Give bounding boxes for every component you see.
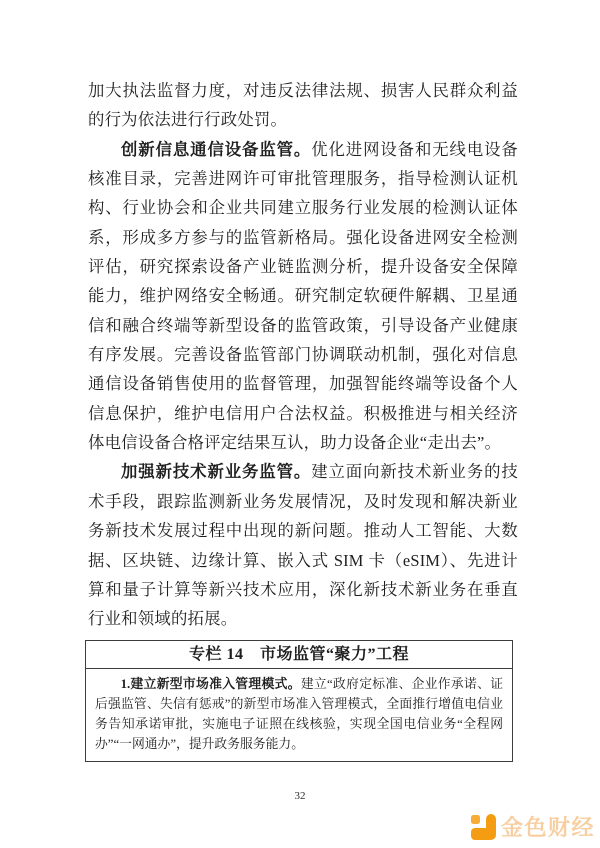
document-page: 加大执法监督力度，对违反法律法规、损害人民群众利益的行为依法进行行政处罚。创新信… [0,0,600,848]
document-body: 加大执法监督力度，对违反法律法规、损害人民群众利益的行为依法进行行政处罚。创新信… [88,76,518,762]
paragraph-lead: 创新信息通信设备监管。 [121,140,311,159]
paragraph: 创新信息通信设备监管。优化进网设备和无线电设备核准目录，完善进网许可审批管理服务… [88,135,518,458]
feature-box-item: 1.建立新型市场准入管理模式。建立“政府定标准、企业作承诺、证后强监管、失信有惩… [95,674,503,755]
paragraph: 加强新技术新业务监管。建立面向新技术新业务的技术手段，跟踪监测新业务发展情况，及… [88,457,518,633]
jinse-logo-icon [471,813,496,840]
feature-box-body: 1.建立新型市场准入管理模式。建立“政府定标准、企业作承诺、证后强监管、失信有惩… [86,669,512,762]
page-number: 32 [0,790,600,802]
logo-dot-shape [471,815,480,824]
paragraph-lead: 1.建立新型市场准入管理模式。 [121,677,301,691]
paragraph-lead: 加强新技术新业务监管。 [121,462,311,481]
feature-box-title: 专栏 14 市场监管“聚力”工程 [86,641,512,669]
watermark-logo: 金色财经 [471,811,595,842]
logo-row-shape [471,828,493,840]
watermark-brand-text: 金色财经 [501,811,595,842]
paragraph: 加大执法监督力度，对违反法律法规、损害人民群众利益的行为依法进行行政处罚。 [88,76,518,135]
feature-box: 专栏 14 市场监管“聚力”工程 1.建立新型市场准入管理模式。建立“政府定标准… [85,640,513,763]
paragraph-list: 加大执法监督力度，对违反法律法规、损害人民群众利益的行为依法进行行政处罚。创新信… [88,76,518,634]
